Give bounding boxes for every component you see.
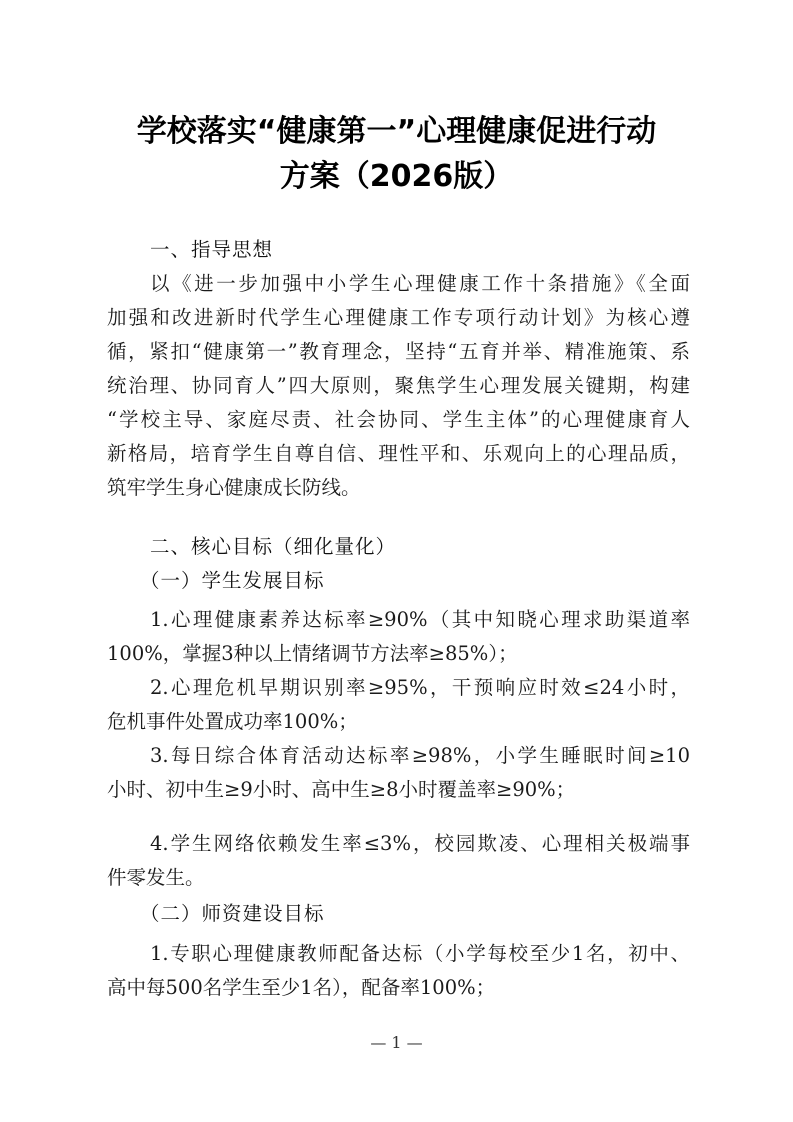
section-heading-core-goals: 二、核心目标（细化量化） — [150, 533, 396, 561]
paragraph-line: 以《进一步加强中小学生心理健康工作十条措施》《全面 — [150, 270, 690, 298]
document-title-line-2: 方案（2026版） — [100, 155, 693, 199]
document-title-line-1: 学校落实“健康第一”心理健康促进行动 — [100, 110, 693, 154]
goal-line: 件零发生。 — [107, 864, 690, 892]
paragraph-line: 循，紧扣“健康第一”教育理念，坚持“五育并举、精准施策、系 — [107, 338, 690, 366]
page-number: — 1 — — [0, 1033, 793, 1052]
subsection-heading-teacher-goals: （二）师资建设目标 — [140, 900, 325, 928]
goal-line: 危机事件处置成功率100%； — [107, 708, 690, 736]
paragraph-line: 新格局，培育学生自尊自信、理性平和、乐观向上的心理品质， — [107, 440, 690, 468]
paragraph-line: “学校主导、家庭尽责、社会协同、学生主体”的心理健康育人 — [107, 406, 690, 434]
goal-line: 1.专职心理健康教师配备达标（小学每校至少1名，初中、 — [150, 940, 690, 968]
paragraph-line: 统治理、协同育人”四大原则，聚焦学生心理发展关键期，构建 — [107, 372, 690, 400]
goal-line: 高中每500名学生至少1名），配备率100%； — [107, 974, 690, 1002]
section-heading-guiding-ideology: 一、指导思想 — [150, 236, 273, 264]
goal-line: 小时、初中生≥9小时、高中生≥8小时覆盖率≥90%； — [107, 776, 690, 804]
goal-line: 2.心理危机早期识别率≥95%，干预响应时效≤24小时， — [150, 674, 690, 702]
goal-line: 4.学生网络依赖发生率≤3%，校园欺凌、心理相关极端事 — [150, 830, 690, 858]
paragraph-line: 加强和改进新时代学生心理健康工作专项行动计划》为核心遵 — [107, 304, 690, 332]
paragraph-line: 筑牢学生身心健康成长防线。 — [107, 474, 690, 502]
document-page: 学校落实“健康第一”心理健康促进行动 方案（2026版） 一、指导思想 以《进一… — [0, 0, 793, 1122]
goal-line: 100%，掌握3种以上情绪调节方法率≥85%）； — [107, 640, 690, 668]
subsection-heading-student-goals: （一）学生发展目标 — [140, 567, 325, 595]
goal-line: 1.心理健康素养达标率≥90%（其中知晓心理求助渠道率 — [150, 606, 690, 634]
goal-line: 3.每日综合体育活动达标率≥98%，小学生睡眠时间≥10 — [150, 742, 690, 770]
